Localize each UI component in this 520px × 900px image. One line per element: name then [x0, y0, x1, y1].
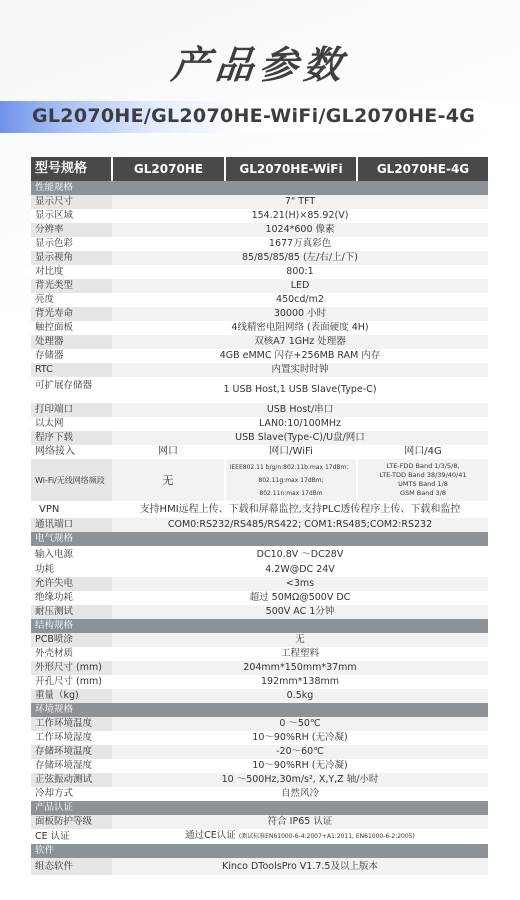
row-value: 1024*600 像素: [112, 223, 488, 237]
spec-table: 型号规格 GL2070HE GL2070HE-WiFi GL2070HE-4G …: [31, 157, 488, 875]
table-row: 开孔尺寸 (mm)192mm*138mm: [31, 675, 488, 689]
table-row: 显示色彩1677万真彩色: [31, 237, 488, 251]
row-value: USB Slave(Type-C)/U盘/网口: [112, 431, 488, 445]
row-label: PCB喷涂: [31, 633, 112, 647]
row-value: DC10.8V ～DC28V: [112, 546, 488, 563]
row-label: 打印端口: [31, 403, 112, 417]
header-model-basic: GL2070HE: [112, 157, 225, 181]
ce-test-standard-note: (测试标准EN61000-6-4:2007+A1:2011, EN61000-6…: [239, 833, 415, 840]
table-row: 显示视角85/85/85/85 (左/右/上/下): [31, 251, 488, 265]
row-value: 1 USB Host,1 USB Slave(Type-C): [112, 377, 488, 403]
row-label: 背光寿命: [31, 307, 112, 321]
table-row-network-access: 网络接入 网口 网口/WiFi 网口/4G: [31, 445, 488, 459]
lte-band-line: LTE-TDD Band 38/39/40/41: [358, 471, 488, 480]
wifi-band-line: 802.11g:max 17dBm;: [226, 474, 356, 487]
row-value: 超过 50MΩ@500V DC: [112, 591, 488, 605]
row-label: 组态软件: [31, 858, 112, 875]
row-value: 4.2W@DC 24V: [112, 563, 488, 577]
row-label: CE 认证: [31, 829, 112, 844]
row-label: 触控面板: [31, 321, 112, 335]
row-label: 背光类型: [31, 279, 112, 293]
row-label: 工作环境湿度: [31, 731, 112, 745]
row-label: 绝缘功耗: [31, 591, 112, 605]
row-value: 0 ～50℃: [112, 717, 488, 731]
row-value: LED: [112, 279, 488, 293]
table-row: 处理器双核A7 1GHz 处理器: [31, 335, 488, 349]
row-value: 204mm*150mm*37mm: [112, 661, 488, 675]
table-row: 程序下载USB Slave(Type-C)/U盘/网口: [31, 431, 488, 445]
section-certification: 产品认证: [31, 801, 488, 815]
table-row: 外形尺寸 (mm)204mm*150mm*37mm: [31, 661, 488, 675]
section-performance: 性能规格: [31, 181, 488, 195]
row-value: 通过CE认证 (测试标准EN61000-6-4:2007+A1:2011, EN…: [112, 829, 488, 844]
row-value: 7" TFT: [112, 195, 488, 209]
table-row: PCB喷涂无: [31, 633, 488, 647]
row-label: 以太网: [31, 417, 112, 431]
header-label: 型号规格: [31, 157, 112, 181]
row-label: 显示视角: [31, 251, 112, 265]
row-label: 程序下载: [31, 431, 112, 445]
table-row: 冷却方式自然风冷: [31, 787, 488, 801]
table-row: 耐压测试500V AC 1分钟: [31, 605, 488, 619]
row-label: 外形尺寸 (mm): [31, 661, 112, 675]
row-label: 重量（kg): [31, 689, 112, 703]
table-row: 允许失电<3ms: [31, 577, 488, 591]
row-value: 工程塑料: [112, 647, 488, 661]
lte-band-line: UMTS Band 1/8: [358, 480, 488, 489]
row-value: 154.21(H)×85.92(V): [112, 209, 488, 223]
row-label: VPN: [31, 501, 112, 518]
row-value: 192mm*138mm: [112, 675, 488, 689]
wifi-band-line: 802.11n:max 17dBm: [226, 487, 356, 500]
row-value: 0.5kg: [112, 689, 488, 703]
row-value: 4GB eMMC 闪存+256MB RAM 内存: [112, 349, 488, 363]
row-label: 通讯端口: [31, 518, 112, 532]
row-label: 工作环境温度: [31, 717, 112, 731]
table-row: 正弦振动测试10 ～500Hz,30m/s², X,Y,Z 轴/小时: [31, 773, 488, 787]
network-wifi: 网口/WiFi: [225, 445, 357, 459]
table-row: 以太网LAN0:10/100MHz: [31, 417, 488, 431]
row-value: 10～90%RH (无冷凝): [112, 759, 488, 773]
row-value: 85/85/85/85 (左/右/上/下): [112, 251, 488, 265]
row-label: 亮度: [31, 293, 112, 307]
row-label: 冷却方式: [31, 787, 112, 801]
table-row: 背光寿命30000 小时: [31, 307, 488, 321]
section-environment: 环境规格: [31, 703, 488, 717]
row-value: 10～90%RH (无冷凝): [112, 731, 488, 745]
table-row: 分辨率1024*600 像素: [31, 223, 488, 237]
row-label: 正弦振动测试: [31, 773, 112, 787]
table-row: 组态软件Kinco DToolsPro V1.7.5及以上版本: [31, 858, 488, 875]
row-label: 允许失电: [31, 577, 112, 591]
table-row: 触控面板4线精密电阻网络 (表面硬度 4H): [31, 321, 488, 335]
row-value: <3ms: [112, 577, 488, 591]
row-label: Wi-Fi/无线网络频段: [31, 459, 112, 501]
row-label: RTC: [31, 363, 112, 377]
row-label: 显示色彩: [31, 237, 112, 251]
row-value: 500V AC 1分钟: [112, 605, 488, 619]
wireless-4g: LTE-FDD Band 1/3/5/8, LTE-TDD Band 38/39…: [357, 459, 488, 501]
row-value: 450cd/m2: [112, 293, 488, 307]
row-label: 处理器: [31, 335, 112, 349]
row-value: LAN0:10/100MHz: [112, 417, 488, 431]
row-value: 4线精密电阻网络 (表面硬度 4H): [112, 321, 488, 335]
row-value: 内置实时时钟: [112, 363, 488, 377]
lte-band-line: LTE-FDD Band 1/3/5/8,: [358, 462, 488, 471]
section-software: 软件: [31, 844, 488, 858]
table-row: 存储器4GB eMMC 闪存+256MB RAM 内存: [31, 349, 488, 363]
table-row: 功耗4.2W@DC 24V: [31, 563, 488, 577]
header-model-wifi: GL2070HE-WiFi: [225, 157, 357, 181]
row-label: 对比度: [31, 265, 112, 279]
ce-value: 通过CE认证: [185, 830, 236, 841]
lte-band-line: GSM Band 3/8: [358, 489, 488, 498]
row-label: 存储器: [31, 349, 112, 363]
network-4g: 网口/4G: [357, 445, 488, 459]
row-label: 开孔尺寸 (mm): [31, 675, 112, 689]
row-label: 存储环境温度: [31, 745, 112, 759]
page-title: 产品参数: [0, 34, 520, 89]
table-row: 可扩展存储器1 USB Host,1 USB Slave(Type-C): [31, 377, 488, 403]
row-value: COM0:RS232/RS485/RS422; COM1:RS485;COM2:…: [112, 518, 488, 532]
row-value: -20～60℃: [112, 745, 488, 759]
row-label: 输入电源: [31, 546, 112, 563]
models-banner: GL2070HE/GL2070HE-WiFi/GL2070HE-4G: [0, 101, 520, 133]
table-row: 绝缘功耗超过 50MΩ@500V DC: [31, 591, 488, 605]
row-value: 自然风冷: [112, 787, 488, 801]
row-value: 800:1: [112, 265, 488, 279]
table-row: 显示区域154.21(H)×85.92(V): [31, 209, 488, 223]
row-label: 面板防护等级: [31, 815, 112, 829]
table-row-vpn: VPN支持HMI远程上传、下载和屏幕监控,支持PLC透传程序上传、下载和监控: [31, 501, 488, 518]
row-value: USB Host/串口: [112, 403, 488, 417]
table-row: 外壳材质工程塑料: [31, 647, 488, 661]
table-row: 显示尺寸7" TFT: [31, 195, 488, 209]
table-row: 面板防护等级符合 IP65 认证: [31, 815, 488, 829]
header-model-4g: GL2070HE-4G: [357, 157, 488, 181]
table-row-ce: CE 认证 通过CE认证 (测试标准EN61000-6-4:2007+A1:20…: [31, 829, 488, 844]
network-basic: 网口: [112, 445, 225, 459]
row-label: 显示区域: [31, 209, 112, 223]
row-label: 分辨率: [31, 223, 112, 237]
row-label: 外壳材质: [31, 647, 112, 661]
table-row: 存储环境温度-20～60℃: [31, 745, 488, 759]
row-value: 1677万真彩色: [112, 237, 488, 251]
table-row: 背光类型LED: [31, 279, 488, 293]
row-label: 可扩展存储器: [31, 377, 112, 403]
wifi-band-line: IEEE802.11 b/g/n:802.11b:max 17dBm；: [226, 461, 356, 474]
table-row: 存储环境湿度10～90%RH (无冷凝): [31, 759, 488, 773]
table-row: 工作环境湿度10～90%RH (无冷凝): [31, 731, 488, 745]
row-value: 30000 小时: [112, 307, 488, 321]
wireless-basic: 无: [112, 459, 225, 501]
row-value: Kinco DToolsPro V1.7.5及以上版本: [112, 858, 488, 875]
row-value: 10 ～500Hz,30m/s², X,Y,Z 轴/小时: [112, 773, 488, 787]
table-row: 打印端口USB Host/串口: [31, 403, 488, 417]
table-row: RTC内置实时时钟: [31, 363, 488, 377]
row-value: 符合 IP65 认证: [112, 815, 488, 829]
models-banner-text: GL2070HE/GL2070HE-WiFi/GL2070HE-4G: [32, 105, 475, 127]
row-value: 无: [112, 633, 488, 647]
row-value: 双核A7 1GHz 处理器: [112, 335, 488, 349]
table-row: 重量（kg)0.5kg: [31, 689, 488, 703]
table-row: 工作环境温度0 ～50℃: [31, 717, 488, 731]
table-row: 输入电源DC10.8V ～DC28V: [31, 546, 488, 563]
wireless-wifi: IEEE802.11 b/g/n:802.11b:max 17dBm； 802.…: [225, 459, 357, 501]
table-row: 亮度450cd/m2: [31, 293, 488, 307]
section-electrical: 电气规格: [31, 532, 488, 546]
table-row-wireless-bands: Wi-Fi/无线网络频段 无 IEEE802.11 b/g/n:802.11b:…: [31, 459, 488, 501]
row-label: 显示尺寸: [31, 195, 112, 209]
row-label: 功耗: [31, 563, 112, 577]
table-header: 型号规格 GL2070HE GL2070HE-WiFi GL2070HE-4G: [31, 157, 488, 181]
row-label: 耐压测试: [31, 605, 112, 619]
row-value: 支持HMI远程上传、下载和屏幕监控,支持PLC透传程序上传、下载和监控: [112, 501, 488, 518]
section-structure: 结构规格: [31, 619, 488, 633]
table-row: 对比度800:1: [31, 265, 488, 279]
table-row-comm-ports: 通讯端口COM0:RS232/RS485/RS422; COM1:RS485;C…: [31, 518, 488, 532]
row-label: 网络接入: [31, 445, 112, 459]
row-label: 存储环境湿度: [31, 759, 112, 773]
